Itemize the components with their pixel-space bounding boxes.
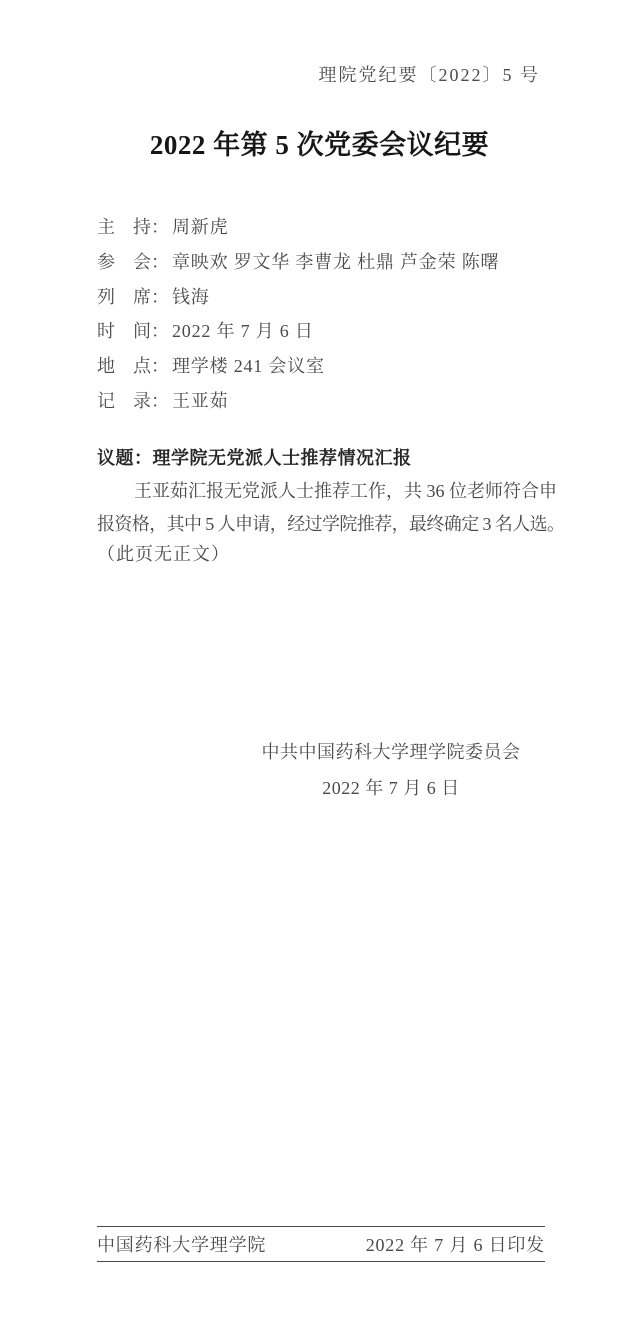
meta-label: 记 录：: [97, 387, 169, 413]
signature-org: 中共中国药科大学理学院委员会: [143, 734, 639, 770]
meta-line-host: 主 持：周新虎: [97, 209, 579, 244]
meta-label: 列 席：: [97, 283, 169, 309]
signature-date: 2022 年 7 月 6 日: [143, 770, 639, 806]
footer-print-date: 2022 年 7 月 6 日印发: [366, 1231, 545, 1257]
body-line-no-text-note: （此页无正文）: [97, 541, 563, 567]
body-line: 报资格，其中 5 人申请，经过学院推荐，最终确定 3 名人选。: [97, 508, 563, 541]
meta-value: 王亚茹: [172, 387, 228, 413]
meta-label: 主 持：: [97, 213, 169, 239]
meta-line-location: 地 点：理学楼 241 会议室: [97, 348, 579, 383]
meta-label: 参 会：: [97, 248, 169, 274]
meta-value: 钱海: [172, 283, 210, 309]
meta-value: 理学楼 241 会议室: [172, 352, 325, 378]
meta-value: 章映欢 罗文华 李曹龙 杜鼎 芦金荣 陈曙: [172, 248, 499, 274]
doc-number: 理院党纪要〔2022〕5 号: [319, 61, 541, 87]
page-title: 2022 年第 5 次党委会议纪要: [0, 126, 639, 164]
meta-label: 时 间：: [97, 317, 169, 343]
body-paragraph: 王亚茹汇报无党派人士推荐工作，共 36 位老师符合申 报资格，其中 5 人申请，…: [97, 475, 563, 567]
document-page: 理院党纪要〔2022〕5 号 2022 年第 5 次党委会议纪要 主 持：周新虎…: [0, 0, 639, 1323]
meeting-meta: 主 持：周新虎 参 会：章映欢 罗文华 李曹龙 杜鼎 芦金荣 陈曙 列 席：钱海…: [97, 209, 579, 417]
meta-line-recorder: 记 录：王亚茹: [97, 382, 579, 417]
page-footer: 中国药科大学理学院 2022 年 7 月 6 日印发: [97, 1226, 545, 1262]
meta-value: 周新虎: [172, 213, 228, 239]
footer-issuer: 中国药科大学理学院: [97, 1231, 266, 1257]
signature-block: 中共中国药科大学理学院委员会 2022 年 7 月 6 日: [143, 734, 639, 806]
topic-heading: 议题：理学院无党派人士推荐情况汇报: [97, 444, 412, 470]
meta-line-observers: 列 席：钱海: [97, 278, 579, 313]
meta-line-attendees: 参 会：章映欢 罗文华 李曹龙 杜鼎 芦金荣 陈曙: [97, 244, 579, 279]
body-line: 王亚茹汇报无党派人士推荐工作，共 36 位老师符合申: [97, 475, 563, 508]
meta-value: 2022 年 7 月 6 日: [172, 317, 314, 343]
meta-label: 地 点：: [97, 352, 169, 378]
meta-line-time: 时 间：2022 年 7 月 6 日: [97, 313, 579, 348]
